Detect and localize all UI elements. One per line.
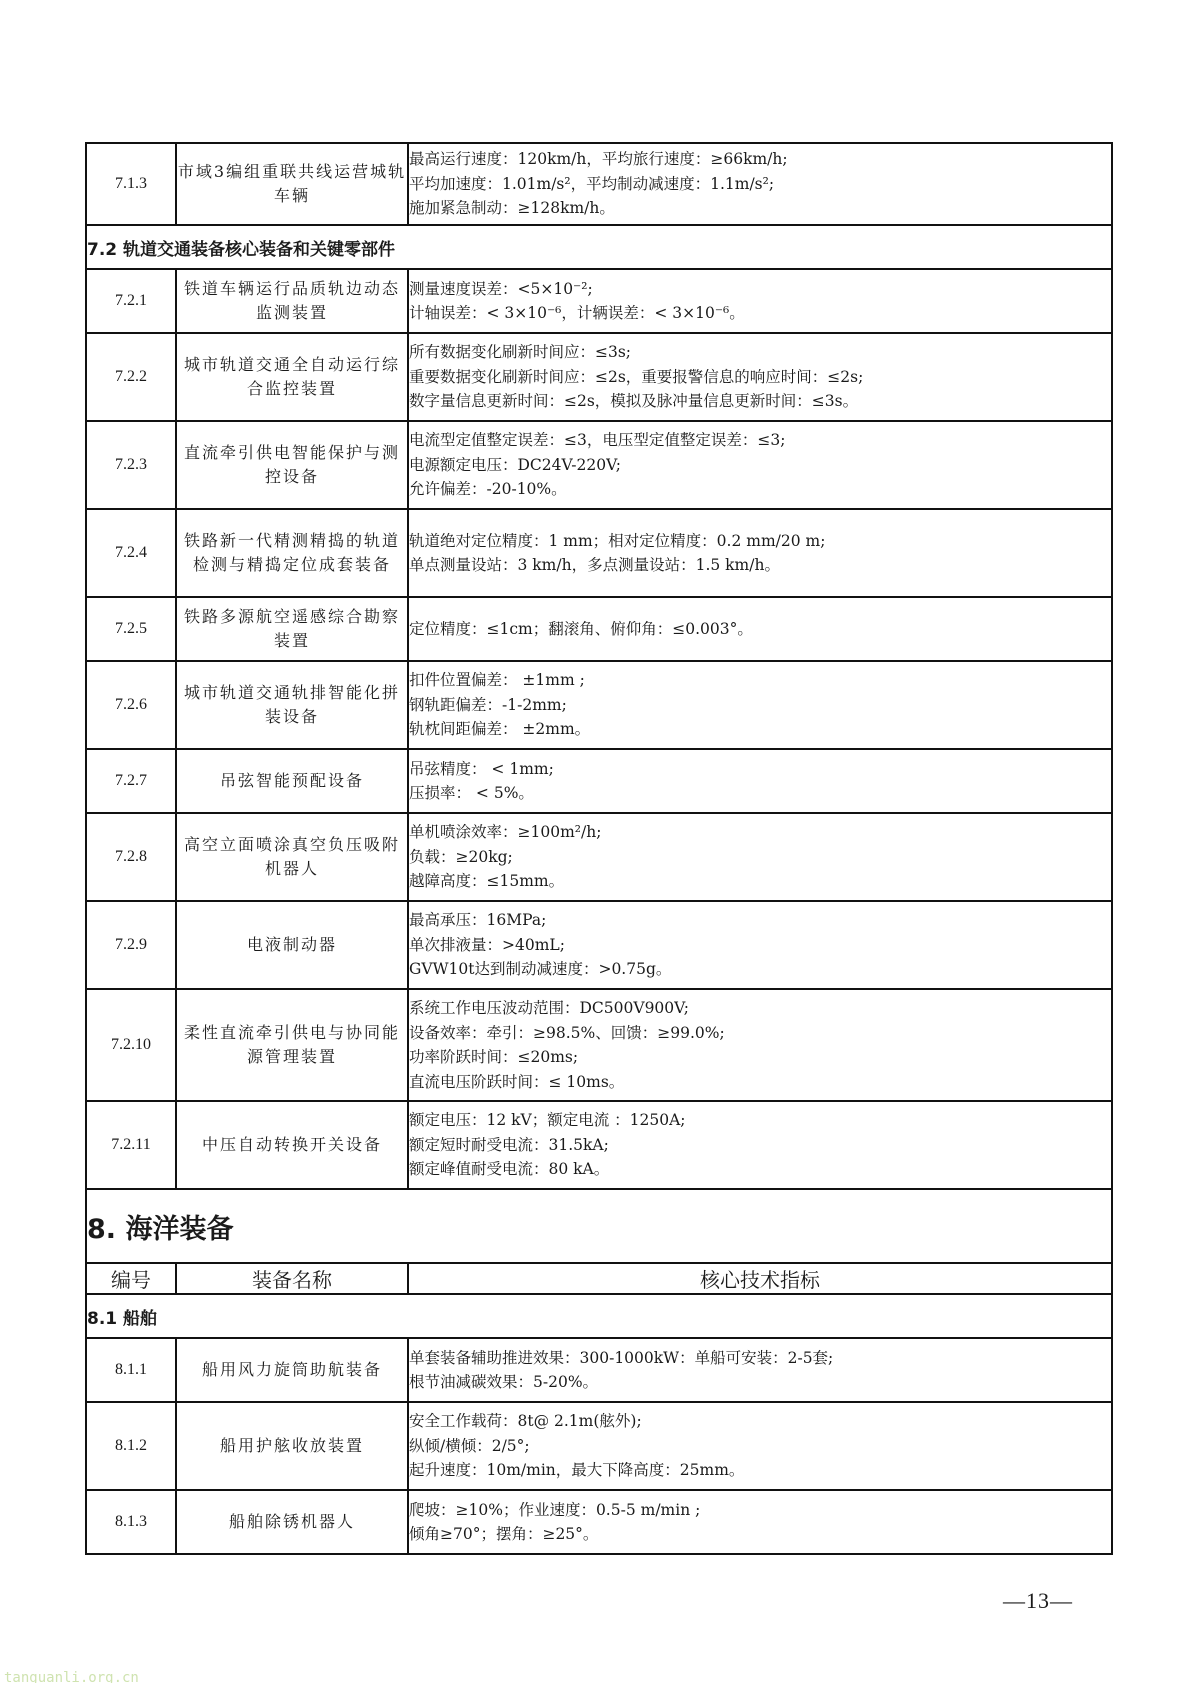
item-specs: 轨道绝对定位精度：1 mm；相对定位精度：0.2 mm/20 m;单点测量设站：… — [408, 509, 1112, 597]
table-row: 8.1.2船用护舷收放装置安全工作载荷：8t@ 2.1m(舷外);纵倾/横倾：2… — [86, 1402, 1112, 1490]
table-row: 8.1.3船舶除锈机器人爬坡：≥10%；作业速度：0.5-5 m/min ;倾角… — [86, 1490, 1112, 1554]
spec-line: 负载：≥20kg; — [409, 845, 1111, 870]
item-specs: 电流型定值整定误差：≤3，电压型定值整定误差：≤3;电源额定电压：DC24V-2… — [408, 421, 1112, 509]
item-name: 船用风力旋筒助航装备 — [176, 1338, 408, 1402]
table-row: 7.2.8高空立面喷涂真空负压吸附机器人单机喷涂效率：≥100m²/h;负载：≥… — [86, 813, 1112, 901]
table-row: 7.2.4铁路新一代精测精捣的轨道检测与精捣定位成套装备轨道绝对定位精度：1 m… — [86, 509, 1112, 597]
spec-line: 设备效率：牵引：≥98.5%、回馈：≥99.0%; — [409, 1021, 1111, 1046]
item-name: 中压自动转换开关设备 — [176, 1101, 408, 1189]
section-heading: 7.2 轨道交通装备核心装备和关键零部件 — [86, 225, 1112, 269]
spec-line: 重要数据变化刷新时间应：≤2s，重要报警信息的响应时间：≤2s; — [409, 365, 1111, 390]
spec-line: 安全工作载荷：8t@ 2.1m(舷外); — [409, 1409, 1111, 1434]
spec-line: 数字量信息更新时间：≤2s，模拟及脉冲量信息更新时间：≤3s。 — [409, 389, 1111, 414]
spec-line: 电源额定电压：DC24V-220V; — [409, 453, 1111, 478]
spec-line: 单机喷涂效率：≥100m²/h; — [409, 820, 1111, 845]
table-row: 7.2.6城市轨道交通轨排智能化拼装设备扣件位置偏差： ±1mm ;钢轨距偏差：… — [86, 661, 1112, 749]
spec-line: 越障高度：≤15mm。 — [409, 869, 1111, 894]
spec-table-body: 7.1.3市域3编组重联共线运营城轨车辆最高运行速度：120km/h，平均旅行速… — [86, 143, 1112, 1554]
item-name: 高空立面喷涂真空负压吸附机器人 — [176, 813, 408, 901]
item-code: 7.2.5 — [86, 597, 176, 661]
spec-line: 单点测量设站：3 km/h，多点测量设站：1.5 km/h。 — [409, 553, 1111, 578]
spec-line: 最高承压：16MPa; — [409, 908, 1111, 933]
spec-line: 轨道绝对定位精度：1 mm；相对定位精度：0.2 mm/20 m; — [409, 529, 1111, 554]
spec-line: 定位精度：≤1cm；翻滚角、俯仰角：≤0.003°。 — [409, 617, 1111, 642]
spec-line: GVW10t达到制动减速度：>0.75g。 — [409, 957, 1111, 982]
spec-line: 额定电压：12 kV；额定电流 ：1250A; — [409, 1108, 1111, 1133]
item-name: 铁路多源航空遥感综合勘察装置 — [176, 597, 408, 661]
section-heading-row: 8.1 船舶 — [86, 1294, 1112, 1338]
table-row: 7.1.3市域3编组重联共线运营城轨车辆最高运行速度：120km/h，平均旅行速… — [86, 143, 1112, 225]
item-code: 8.1.3 — [86, 1490, 176, 1554]
spec-line: 额定峰值耐受电流：80 kA。 — [409, 1157, 1111, 1182]
header-row: 编号装备名称核心技术指标 — [86, 1263, 1112, 1294]
spec-line: 起升速度：10m/min，最大下降高度：25mm。 — [409, 1458, 1111, 1483]
spec-line: 爬坡：≥10%；作业速度：0.5-5 m/min ; — [409, 1498, 1111, 1523]
item-code: 7.1.3 — [86, 143, 176, 225]
spec-line: 测量速度误差：<5×10⁻²; — [409, 277, 1111, 302]
spec-line: 纵倾/横倾：2/5°; — [409, 1434, 1111, 1459]
spec-line: 压损率： < 5%。 — [409, 781, 1111, 806]
item-name: 船用护舷收放装置 — [176, 1402, 408, 1490]
table-row: 8.1.1船用风力旋筒助航装备单套装备辅助推进效果：300-1000kW：单船可… — [86, 1338, 1112, 1402]
table-row: 7.2.11中压自动转换开关设备额定电压：12 kV；额定电流 ：1250A;额… — [86, 1101, 1112, 1189]
table-row: 7.2.7吊弦智能预配设备吊弦精度： < 1mm;压损率： < 5%。 — [86, 749, 1112, 813]
item-code: 7.2.2 — [86, 333, 176, 421]
spec-line: 钢轨距偏差：-1-2mm; — [409, 693, 1111, 718]
item-code: 7.2.10 — [86, 989, 176, 1101]
item-code: 7.2.11 — [86, 1101, 176, 1189]
item-name: 电液制动器 — [176, 901, 408, 989]
item-specs: 定位精度：≤1cm；翻滚角、俯仰角：≤0.003°。 — [408, 597, 1112, 661]
item-specs: 所有数据变化刷新时间应：≤3s;重要数据变化刷新时间应：≤2s，重要报警信息的响… — [408, 333, 1112, 421]
spec-line: 单套装备辅助推进效果：300-1000kW：单船可安装：2-5套; — [409, 1346, 1111, 1371]
item-specs: 系统工作电压波动范围：DC500V900V;设备效率：牵引：≥98.5%、回馈：… — [408, 989, 1112, 1101]
item-code: 8.1.1 — [86, 1338, 176, 1402]
spec-line: 轨枕间距偏差： ±2mm。 — [409, 717, 1111, 742]
item-name: 柔性直流牵引供电与协同能源管理装置 — [176, 989, 408, 1101]
item-code: 7.2.1 — [86, 269, 176, 333]
chapter-heading: 8. 海洋装备 — [86, 1189, 1112, 1263]
item-name: 城市轨道交通轨排智能化拼装设备 — [176, 661, 408, 749]
item-name: 铁道车辆运行品质轨边动态监测装置 — [176, 269, 408, 333]
spec-line: 根节油减碳效果：5-20%。 — [409, 1370, 1111, 1395]
spec-line: 倾角≥70°；摆角：≥25°。 — [409, 1522, 1111, 1547]
table-row: 7.2.3直流牵引供电智能保护与测控设备电流型定值整定误差：≤3，电压型定值整定… — [86, 421, 1112, 509]
item-specs: 单套装备辅助推进效果：300-1000kW：单船可安装：2-5套;根节油减碳效果… — [408, 1338, 1112, 1402]
spec-line: 扣件位置偏差： ±1mm ; — [409, 668, 1111, 693]
spec-line: 最高运行速度：120km/h，平均旅行速度：≥66km/h; — [409, 147, 1111, 172]
table-row: 7.2.5铁路多源航空遥感综合勘察装置定位精度：≤1cm；翻滚角、俯仰角：≤0.… — [86, 597, 1112, 661]
item-code: 7.2.3 — [86, 421, 176, 509]
item-name: 市域3编组重联共线运营城轨车辆 — [176, 143, 408, 225]
item-name: 直流牵引供电智能保护与测控设备 — [176, 421, 408, 509]
section-heading-row: 7.2 轨道交通装备核心装备和关键零部件 — [86, 225, 1112, 269]
chapter-heading-row: 8. 海洋装备 — [86, 1189, 1112, 1263]
item-specs: 最高承压：16MPa;单次排液量：>40mL;GVW10t达到制动减速度：>0.… — [408, 901, 1112, 989]
item-name: 船舶除锈机器人 — [176, 1490, 408, 1554]
spec-line: 施加紧急制动：≥128km/h。 — [409, 196, 1111, 221]
spec-line: 直流电压阶跃时间：≤ 10ms。 — [409, 1070, 1111, 1095]
spec-line: 吊弦精度： < 1mm; — [409, 757, 1111, 782]
item-code: 7.2.6 — [86, 661, 176, 749]
item-specs: 额定电压：12 kV；额定电流 ：1250A;额定短时耐受电流：31.5kA;额… — [408, 1101, 1112, 1189]
table-row: 7.2.10柔性直流牵引供电与协同能源管理装置系统工作电压波动范围：DC500V… — [86, 989, 1112, 1101]
spec-line: 额定短时耐受电流：31.5kA; — [409, 1133, 1111, 1158]
spec-line: 单次排液量：>40mL; — [409, 933, 1111, 958]
spec-line: 计轴误差：< 3×10⁻⁶，计辆误差：< 3×10⁻⁶。 — [409, 301, 1111, 326]
table-row: 7.2.1铁道车辆运行品质轨边动态监测装置测量速度误差：<5×10⁻²;计轴误差… — [86, 269, 1112, 333]
spec-line: 系统工作电压波动范围：DC500V900V; — [409, 996, 1111, 1021]
spec-line: 电流型定值整定误差：≤3，电压型定值整定误差：≤3; — [409, 428, 1111, 453]
spec-line: 平均加速度：1.01m/s²，平均制动减速度：1.1m/s²; — [409, 172, 1111, 197]
item-specs: 测量速度误差：<5×10⁻²;计轴误差：< 3×10⁻⁶，计辆误差：< 3×10… — [408, 269, 1112, 333]
spec-line: 功率阶跃时间：≤20ms; — [409, 1045, 1111, 1070]
item-specs: 吊弦精度： < 1mm;压损率： < 5%。 — [408, 749, 1112, 813]
item-specs: 最高运行速度：120km/h，平均旅行速度：≥66km/h;平均加速度：1.01… — [408, 143, 1112, 225]
header-name: 装备名称 — [176, 1263, 408, 1294]
table-row: 7.2.2城市轨道交通全自动运行综合监控装置所有数据变化刷新时间应：≤3s;重要… — [86, 333, 1112, 421]
item-specs: 爬坡：≥10%；作业速度：0.5-5 m/min ;倾角≥70°；摆角：≥25°… — [408, 1490, 1112, 1554]
item-code: 8.1.2 — [86, 1402, 176, 1490]
item-specs: 安全工作载荷：8t@ 2.1m(舷外);纵倾/横倾：2/5°;起升速度：10m/… — [408, 1402, 1112, 1490]
spec-table: 7.1.3市域3编组重联共线运营城轨车辆最高运行速度：120km/h，平均旅行速… — [85, 142, 1113, 1555]
header-spec: 核心技术指标 — [408, 1263, 1112, 1294]
header-code: 编号 — [86, 1263, 176, 1294]
spec-line: 所有数据变化刷新时间应：≤3s; — [409, 340, 1111, 365]
watermark: tanguanli.org.cn — [4, 1670, 139, 1683]
spec-line: 允许偏差：-20-10%。 — [409, 477, 1111, 502]
table-row: 7.2.9电液制动器最高承压：16MPa;单次排液量：>40mL;GVW10t达… — [86, 901, 1112, 989]
document-page: 7.1.3市域3编组重联共线运营城轨车辆最高运行速度：120km/h，平均旅行速… — [0, 0, 1190, 1683]
item-code: 7.2.4 — [86, 509, 176, 597]
item-code: 7.2.9 — [86, 901, 176, 989]
item-specs: 单机喷涂效率：≥100m²/h;负载：≥20kg;越障高度：≤15mm。 — [408, 813, 1112, 901]
page-number: —13— — [1003, 1588, 1073, 1614]
item-code: 7.2.8 — [86, 813, 176, 901]
item-code: 7.2.7 — [86, 749, 176, 813]
item-name: 城市轨道交通全自动运行综合监控装置 — [176, 333, 408, 421]
item-name: 铁路新一代精测精捣的轨道检测与精捣定位成套装备 — [176, 509, 408, 597]
item-name: 吊弦智能预配设备 — [176, 749, 408, 813]
section-heading: 8.1 船舶 — [86, 1294, 1112, 1338]
item-specs: 扣件位置偏差： ±1mm ;钢轨距偏差：-1-2mm;轨枕间距偏差： ±2mm。 — [408, 661, 1112, 749]
